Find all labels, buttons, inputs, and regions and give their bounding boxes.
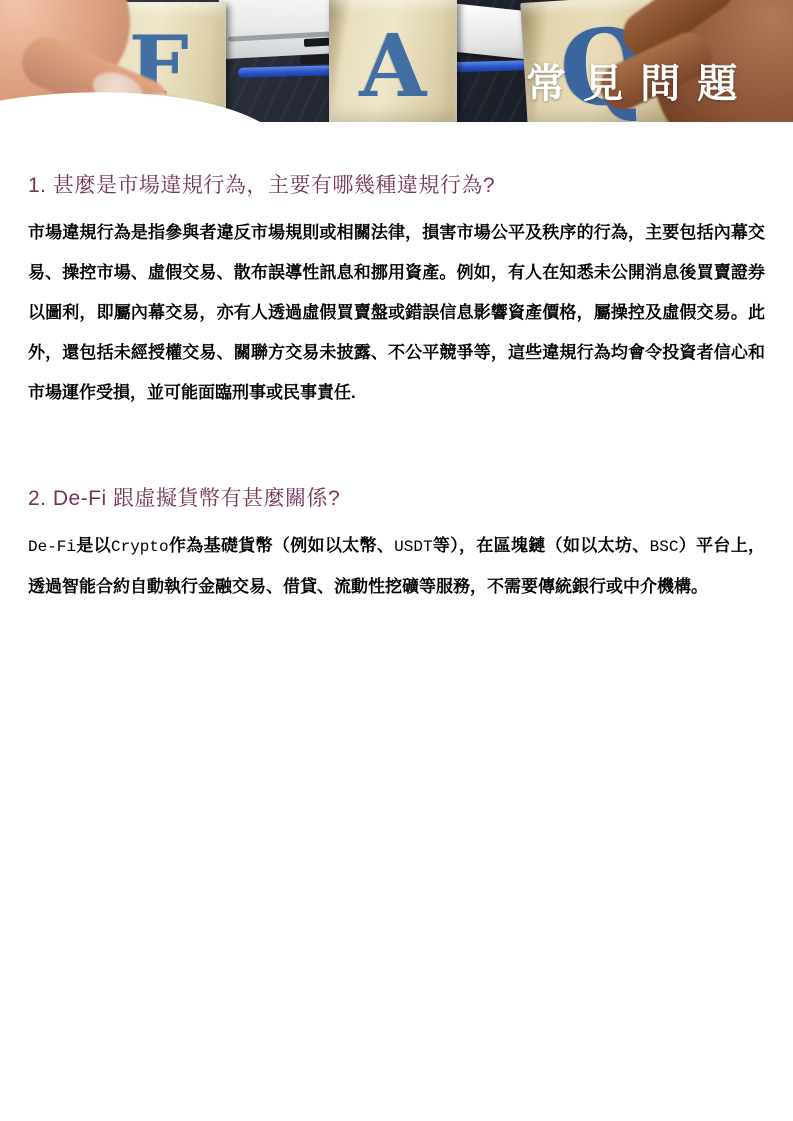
answer-1-text: 市場違規行為是指參與者違反市場規則或相關法律，損害市場公平及秩序的行為，主要包括… <box>28 213 765 413</box>
answer-2-text: De-Fi是以Crypto作為基礎貨幣（例如以太幣、USDT等），在區塊鏈（如以… <box>28 526 765 607</box>
block-letter-a: A <box>360 16 427 117</box>
faq-page: F A Q 常 見 問 題 1. 甚麼是市場違規行為，主要有哪幾種違規行為? 市… <box>0 0 793 1121</box>
faq-item-1: 1. 甚麼是市場違規行為，主要有哪幾種違規行為? 市場違規行為是指參與者違反市場… <box>28 170 765 413</box>
faq-content: 1. 甚麼是市場違規行為，主要有哪幾種違規行為? 市場違規行為是指參與者違反市場… <box>0 170 793 607</box>
faq-item-2: 2. De-Fi 跟虛擬貨幣有甚麼關係? De-Fi是以Crypto作為基礎貨幣… <box>28 483 765 607</box>
question-2-heading: 2. De-Fi 跟虛擬貨幣有甚麼關係? <box>28 483 765 515</box>
page-title: 常 見 問 題 <box>526 52 740 109</box>
wood-block-a: A <box>329 0 457 122</box>
question-1-heading: 1. 甚麼是市場違規行為，主要有哪幾種違規行為? <box>28 170 765 202</box>
hero-banner: F A Q 常 見 問 題 <box>0 0 793 122</box>
